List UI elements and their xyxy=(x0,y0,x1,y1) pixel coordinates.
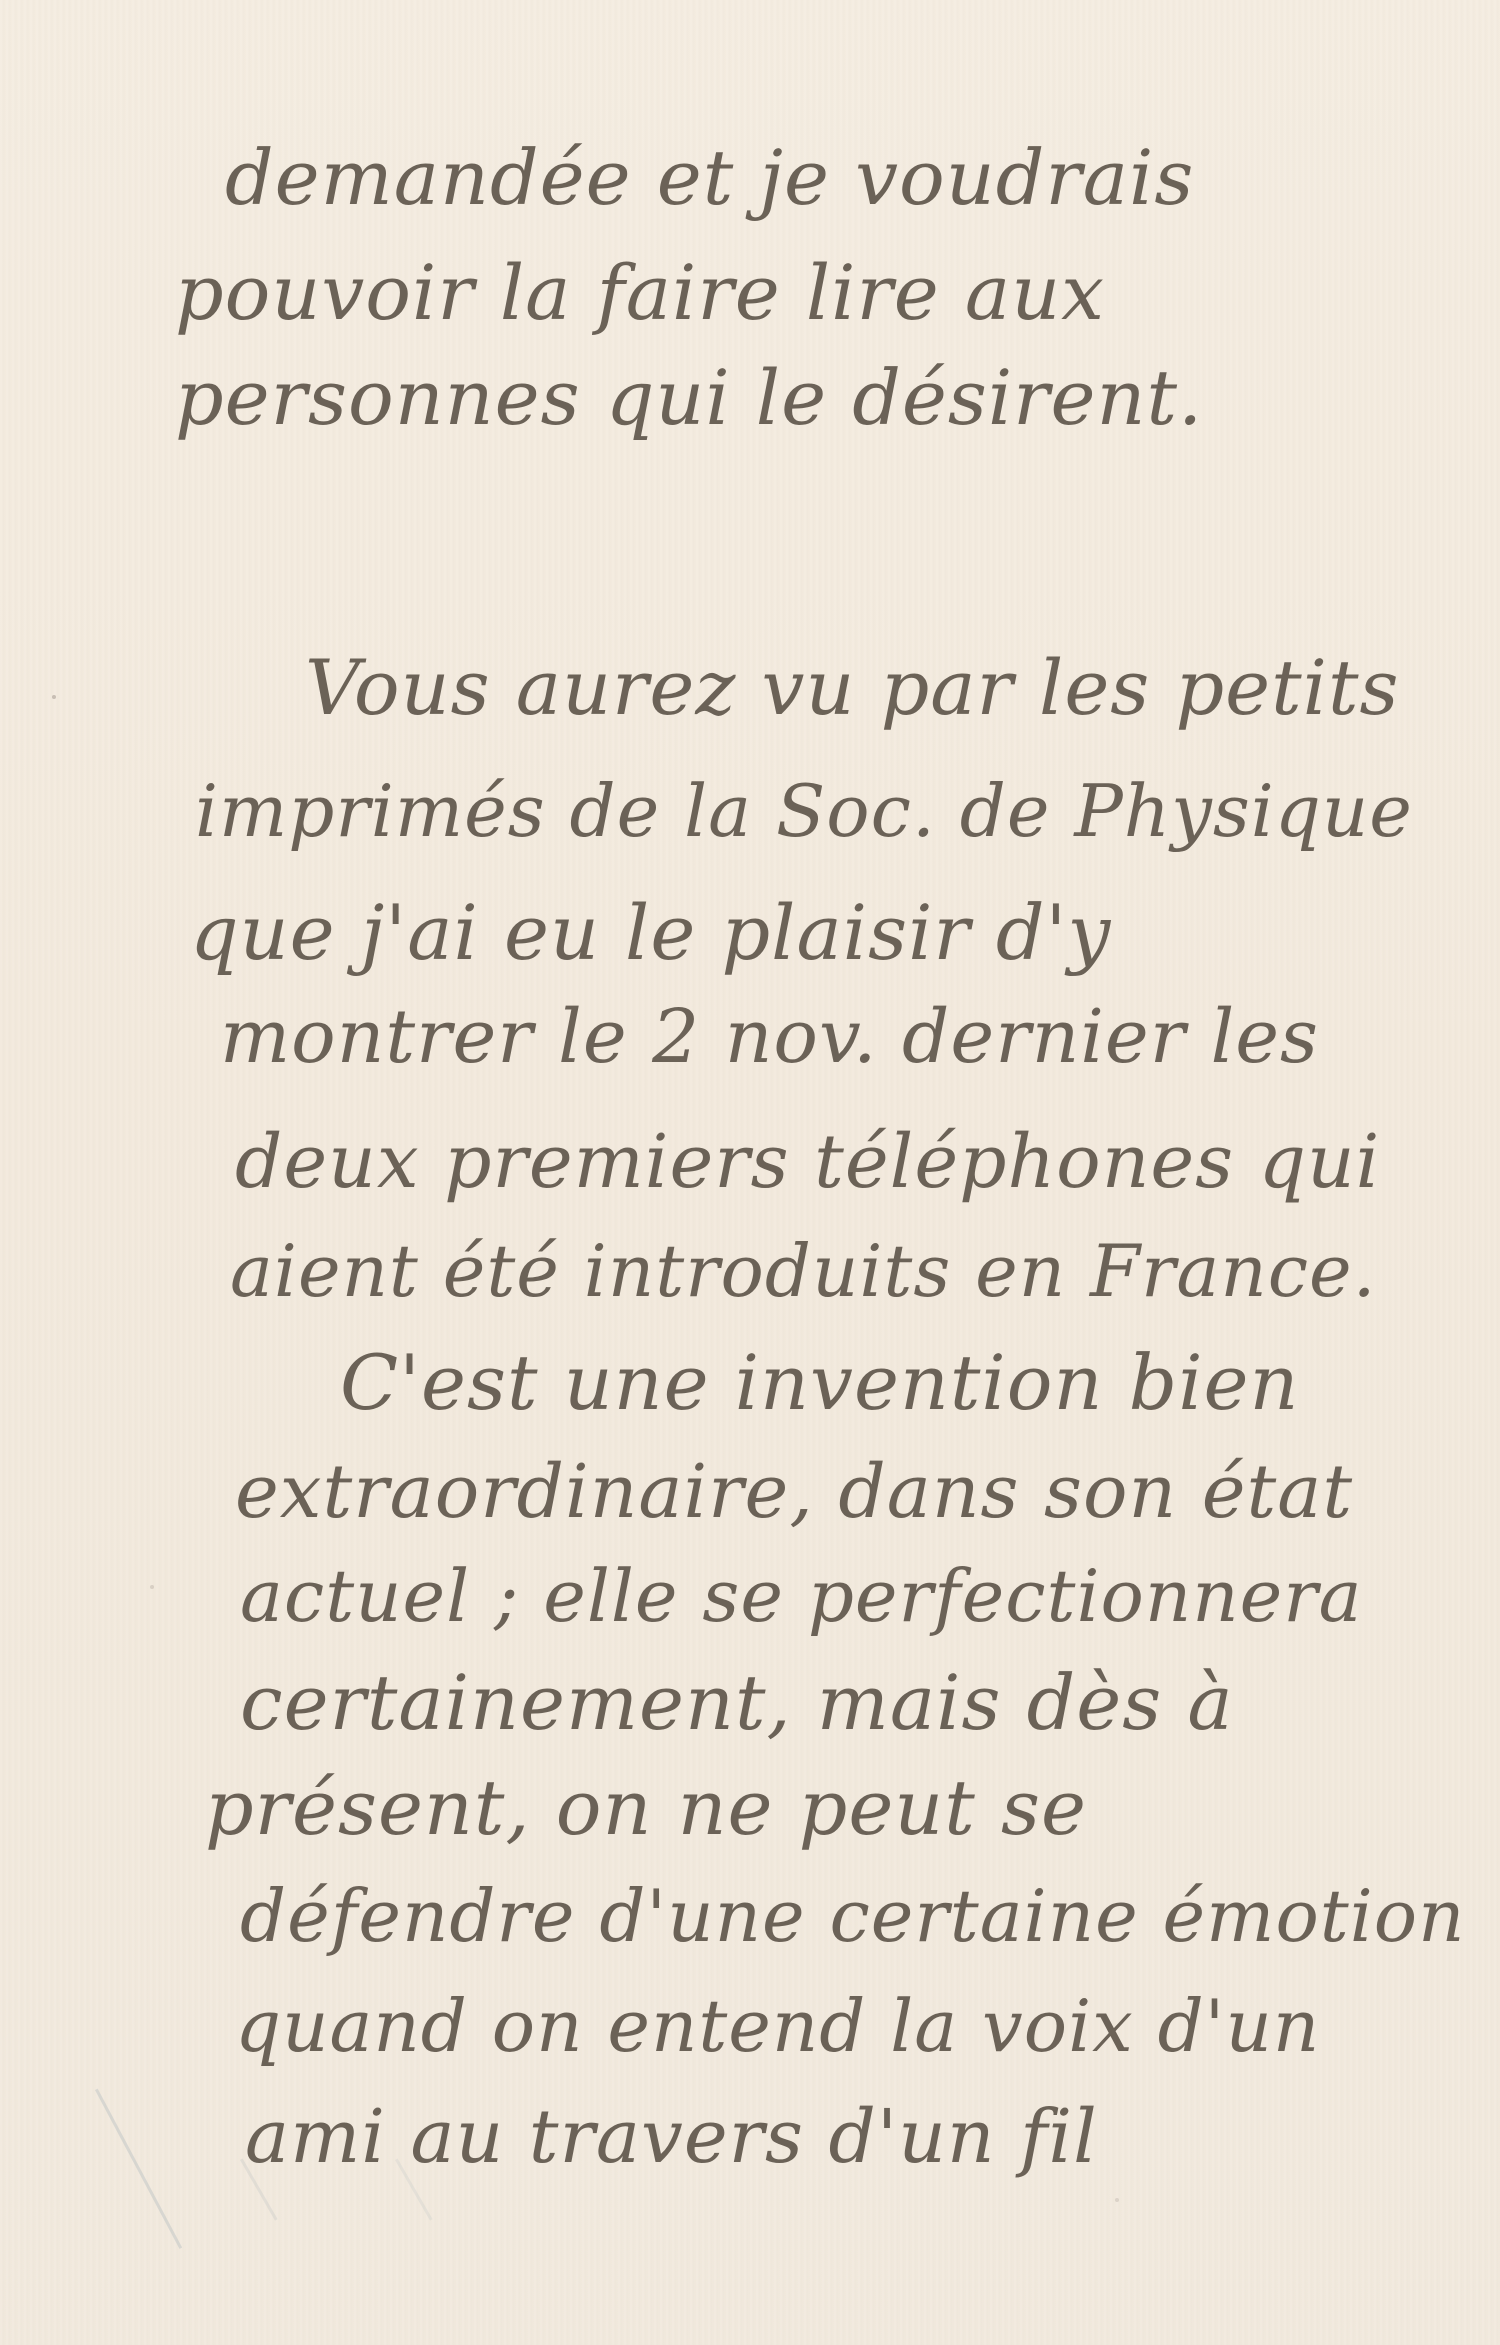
letter-line-8: deux premiers téléphones qui xyxy=(235,1125,1380,1199)
letter-line-16: quand on entend la voix d'un xyxy=(235,1990,1320,2062)
letter-line-17: ami au travers d'un fil xyxy=(245,2100,1098,2174)
paper-speck xyxy=(150,1585,154,1589)
letter-line-1: demandée et je voudrais xyxy=(225,140,1194,216)
letter-line-7: montrer le 2 nov. dernier les xyxy=(220,1000,1319,1074)
letter-line-6: que j'ai eu le plaisir d'y xyxy=(190,895,1111,971)
letter-line-10: C'est une invention bien xyxy=(340,1345,1299,1421)
letter-line-12: actuel ; elle se perfectionnera xyxy=(240,1560,1363,1632)
letter-page: demandée et je voudrais pouvoir la faire… xyxy=(0,0,1500,2345)
letter-line-13: certainement, mais dès à xyxy=(240,1665,1234,1741)
bleed-through-mark xyxy=(95,2089,182,2249)
letter-line-5: imprimés de la Soc. de Physique xyxy=(195,775,1413,847)
letter-line-11: extraordinaire, dans son état xyxy=(235,1455,1353,1529)
paper-speck xyxy=(1115,2198,1119,2202)
letter-line-15: défendre d'une certaine émotion xyxy=(240,1880,1465,1952)
letter-line-4: Vous aurez vu par les petits xyxy=(305,650,1400,726)
letter-line-14: présent, on ne peut se xyxy=(205,1770,1087,1846)
paper-speck xyxy=(52,695,56,699)
letter-line-2: pouvoir la faire lire aux xyxy=(175,255,1105,331)
letter-line-9: aient été introduits en France. xyxy=(230,1235,1377,1307)
letter-line-3: personnes qui le désirent. xyxy=(175,360,1203,436)
